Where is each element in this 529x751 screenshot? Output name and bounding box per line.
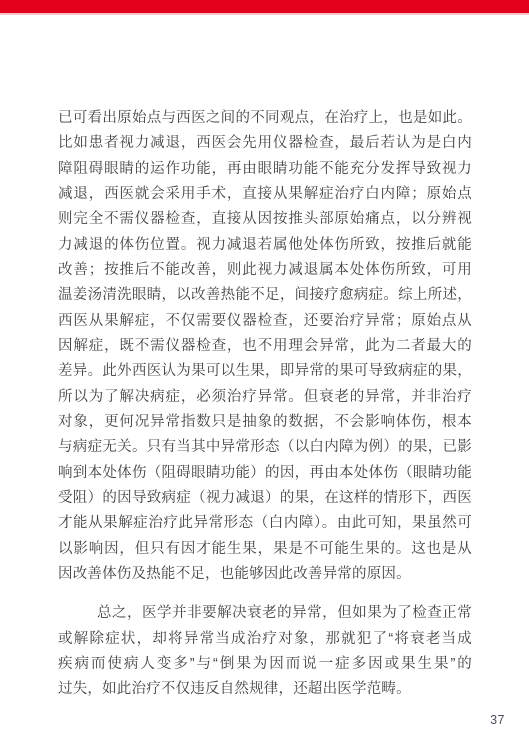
text-line: 才能从果解症治疗此异常形态（白内障）。由此可知，果虽然可 [58,511,472,536]
text-line: 减退，西医就会采用手术，直接从果解症治疗白内障；原始点 [58,182,472,207]
page-body-text: 已可看出原始点与西医之间的不同观点，在治疗上，也是如此。 比如患者视力减退，西医… [58,106,472,703]
text-line: 或解除症状，却将异常当成治疗对象，那就犯了“将衰老当成 [58,627,472,652]
paragraph: 已可看出原始点与西医之间的不同观点，在治疗上，也是如此。 比如患者视力减退，西医… [58,106,472,587]
text-line: 因改善体伤及热能不足，也能够因此改善异常的原因。 [58,562,472,587]
text-line: 差异。此外西医认为果可以生果，即异常的果可导致病症的果， [58,359,472,384]
text-line: 总之，医学并非要解决衰老的异常，但如果为了检查正常 [58,601,472,626]
text-line: 比如患者视力减退，西医会先用仪器检查，最后若认为是白内 [58,131,472,156]
text-line: 障阻碍眼睛的运作功能，再由眼睛功能不能充分发挥导致视力 [58,157,472,182]
text-line: 疾病而使病人变多”与“倒果为因而说一症多因或果生果”的 [58,652,472,677]
text-line: 受阻）的因导致病症（视力减退）的果，在这样的情形下，西医 [58,486,472,511]
text-line: 响到本处体伤（阻碍眼睛功能）的因，再由本处体伤（眼睛功能 [58,461,472,486]
text-line: 所以为了解决病症，必须治疗异常。但衰老的异常，并非治疗 [58,385,472,410]
paragraph: 总之，医学并非要解决衰老的异常，但如果为了检查正常 或解除症状，却将异常当成治疗… [58,601,472,702]
text-line: 因解症，既不需仪器检查，也不用理会异常，此为二者最大的 [58,334,472,359]
text-line: 以影响因，但只有因才能生果，果是不可能生果的。这也是从 [58,537,472,562]
top-accent-bar [0,0,529,15]
text-line: 已可看出原始点与西医之间的不同观点，在治疗上，也是如此。 [58,106,472,131]
text-line: 改善；按推后不能改善，则此视力减退属本处体伤所致，可用 [58,258,472,283]
text-line: 过失，如此治疗不仅违反自然规律，还超出医学范畴。 [58,677,472,702]
text-line: 温姜汤清洗眼睛，以改善热能不足，间接疗愈病症。综上所述， [58,283,472,308]
text-line: 与病症无关。只有当其中异常形态（以白内障为例）的果，已影 [58,435,472,460]
text-line: 西医从果解症，不仅需要仪器检查，还要治疗异常；原始点从 [58,309,472,334]
text-line: 对象，更何况异常指数只是抽象的数据，不会影响体伤，根本 [58,410,472,435]
page-number: 37 [0,713,505,727]
text-line: 力减退的体伤位置。视力减退若属他处体伤所致，按推后就能 [58,233,472,258]
text-line: 则完全不需仪器检查，直接从因按推头部原始痛点，以分辨视 [58,207,472,232]
